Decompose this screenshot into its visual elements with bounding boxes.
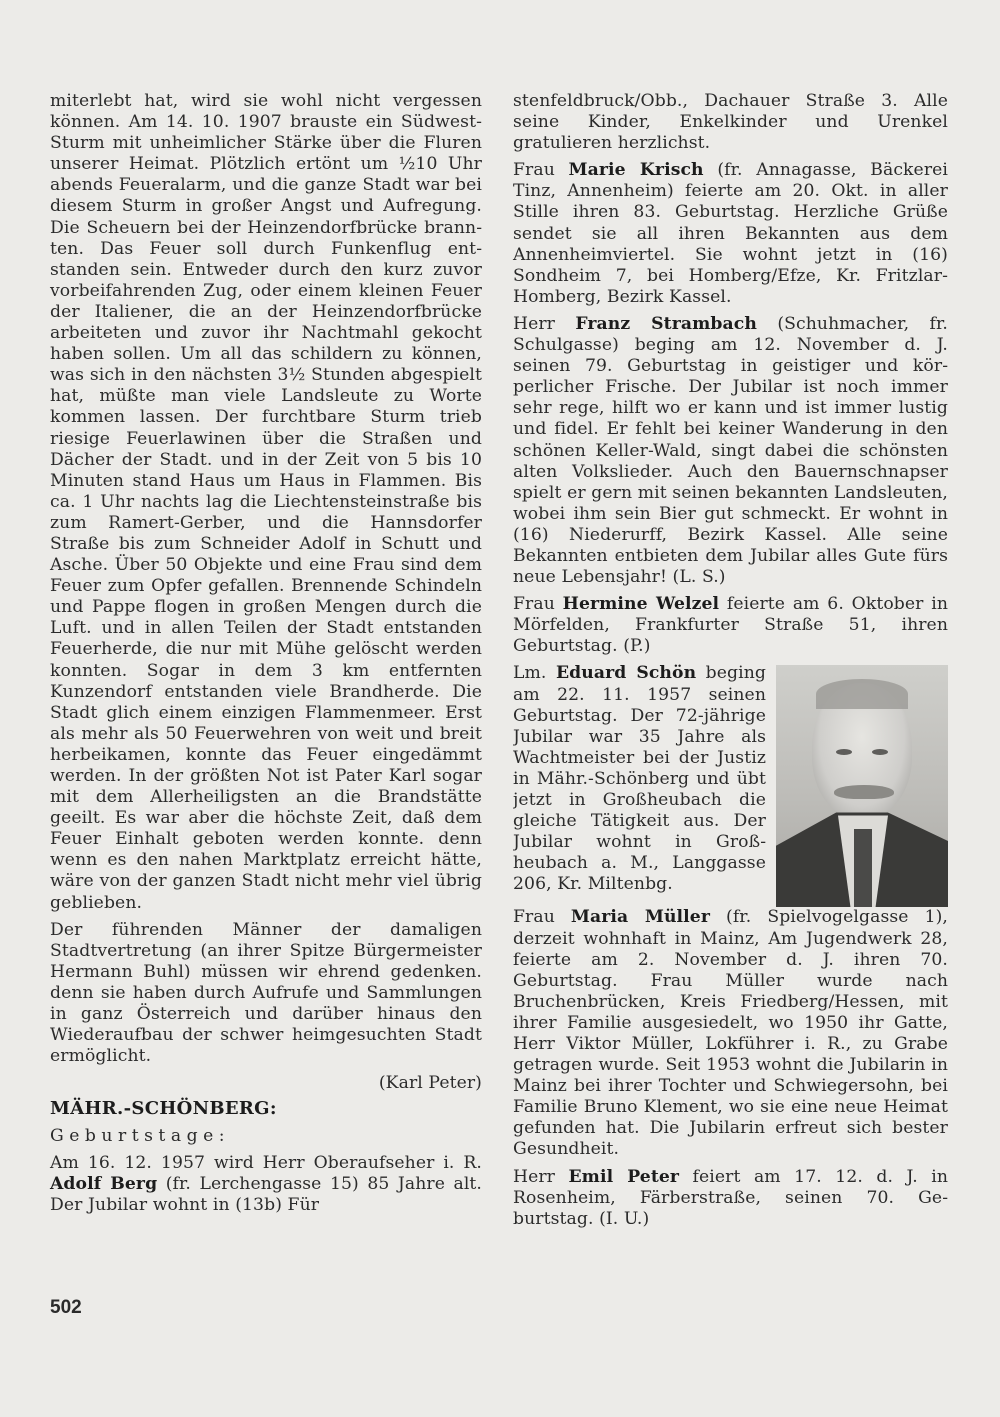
birthdays-subheading: Geburtstage: <box>50 1126 482 1147</box>
entry-adolf-berg-continued: stenfeldbruck/Obb., Dachauer Straße 3. A… <box>513 91 948 154</box>
left-column: miterlebt hat, wird sie wohl nicht verge… <box>50 91 482 1222</box>
entry-eduard-schoen: Lm. Eduard Schön be­ging am 22. 11. 1957… <box>513 663 948 907</box>
person-name: Hermine Welzel <box>563 594 720 614</box>
entry-maria-mueller: Frau Maria Müller (fr. Spielvogelgasse 1… <box>513 907 948 1160</box>
person-name: Adolf Berg <box>50 1174 157 1194</box>
author-signature: (Karl Peter) <box>50 1073 482 1094</box>
section-heading: MÄHR.-SCHÖNBERG: <box>50 1098 482 1119</box>
person-name: Emil Peter <box>568 1167 679 1187</box>
city-council-paragraph: Der führenden Männer der damaligen Stadt… <box>50 920 482 1068</box>
person-name: Franz Strambach <box>575 314 757 334</box>
entry-franz-strambach: Herr Franz Strambach (Schuhmacher, fr. S… <box>513 314 948 588</box>
page-number: 502 <box>50 1297 82 1319</box>
entry-emil-peter: Herr Emil Peter feiert am 17. 12. d. J. … <box>513 1167 948 1230</box>
entry-marie-krisch: Frau Marie Krisch (fr. Annagasse, Bäcke­… <box>513 160 948 308</box>
fire-story-paragraph: miterlebt hat, wird sie wohl nicht verge… <box>50 91 482 914</box>
entry-hermine-welzel: Frau Hermine Welzel feierte am 6. Okto­b… <box>513 594 948 657</box>
person-name: Eduard Schön <box>556 663 696 683</box>
portrait-photo <box>776 665 948 907</box>
person-name: Marie Krisch <box>569 160 704 180</box>
right-column: stenfeldbruck/Obb., Dachauer Straße 3. A… <box>513 91 948 1236</box>
person-name: Maria Müller <box>571 907 710 927</box>
entry-adolf-berg: Am 16. 12. 1957 wird Herr Oberaufseher i… <box>50 1153 482 1216</box>
